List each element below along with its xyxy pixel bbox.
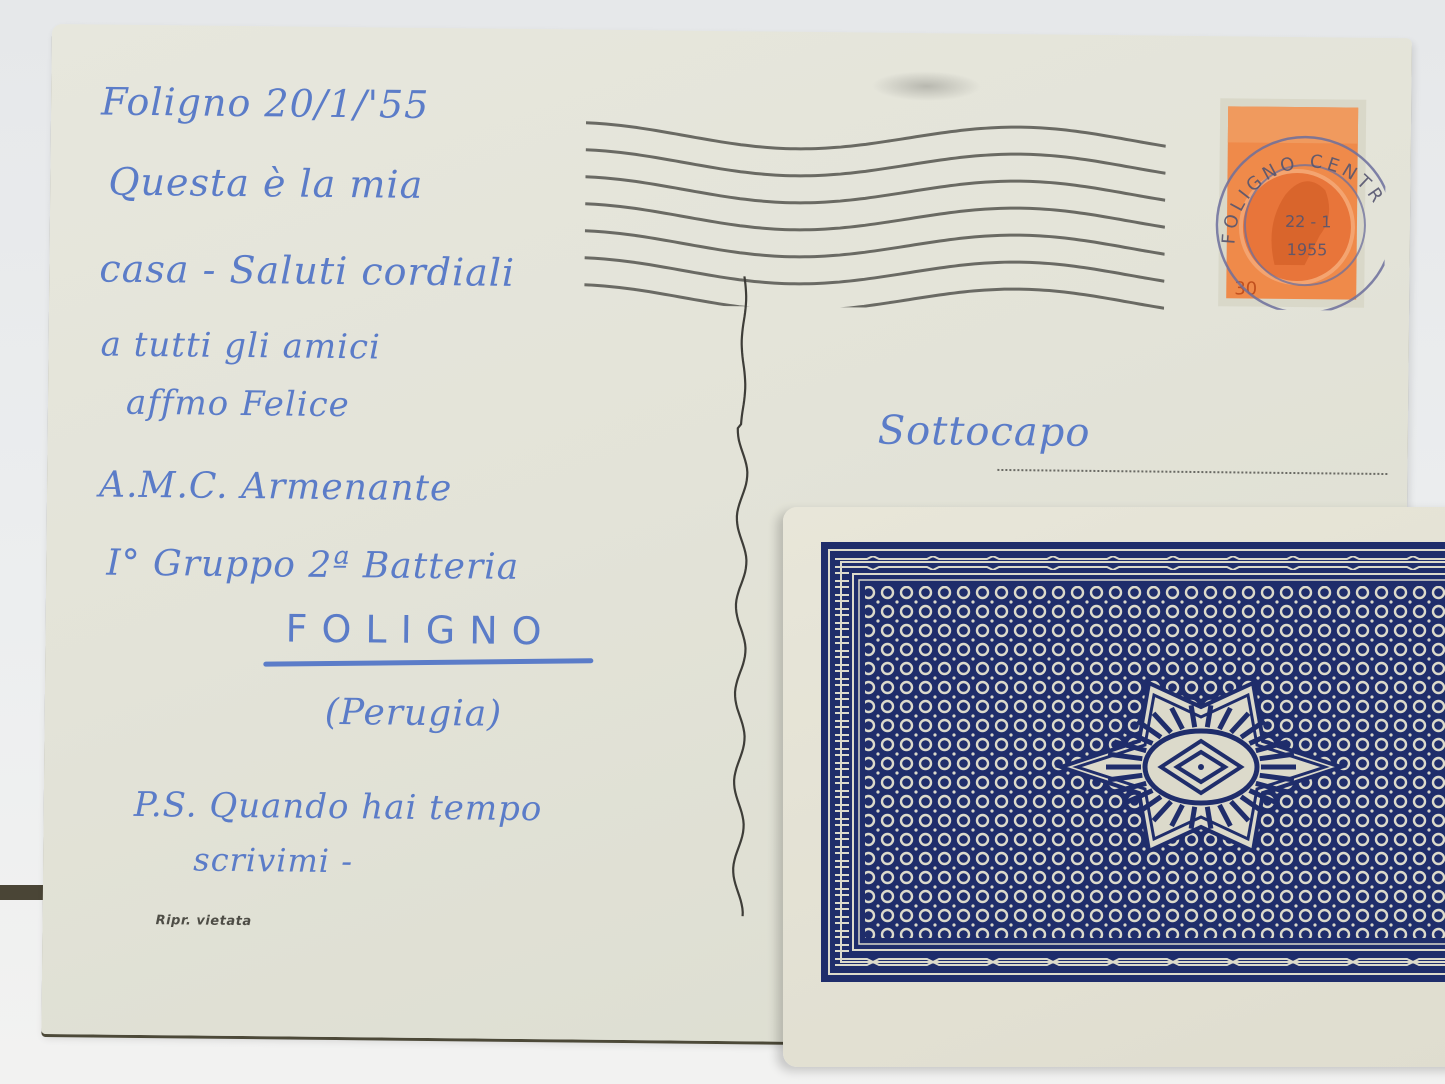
city-underline — [263, 658, 593, 666]
message-line-city: FOLIGNO — [285, 606, 555, 653]
message-line: Questa è la mia — [108, 160, 423, 207]
message-line-postscript: P.S. Quando hai tempo — [134, 785, 543, 829]
message-line-postscript: scrivimi - — [193, 841, 353, 881]
address-recipient-title: Sottocapo — [878, 408, 1091, 456]
address-dotted-line — [997, 469, 1387, 475]
message-line: casa - Saluti cordiali — [99, 247, 515, 295]
playing-card-back — [783, 507, 1445, 1067]
message-line-date: Foligno 20/1/'55 — [101, 80, 430, 127]
smudge-mark — [871, 71, 981, 102]
message-line-signature: affmo Felice — [126, 383, 350, 425]
postage-stamp: 30 22 - 1 1955 FOLIGNO CENTRO — [1204, 94, 1386, 311]
message-line-address: I° Gruppo 2ª Batteria — [106, 543, 519, 588]
message-line-address: A.M.C. Armenante — [99, 465, 453, 510]
svg-text:1955: 1955 — [1287, 240, 1328, 259]
svg-text:22 - 1: 22 - 1 — [1285, 212, 1332, 231]
wavy-cancellation-lines — [584, 105, 1166, 311]
wavy-divider-line — [723, 276, 760, 916]
printed-notice: Ripr. vietata — [156, 913, 252, 929]
message-line: a tutti gli amici — [100, 325, 381, 368]
message-line-province: (Perugia) — [325, 692, 503, 735]
